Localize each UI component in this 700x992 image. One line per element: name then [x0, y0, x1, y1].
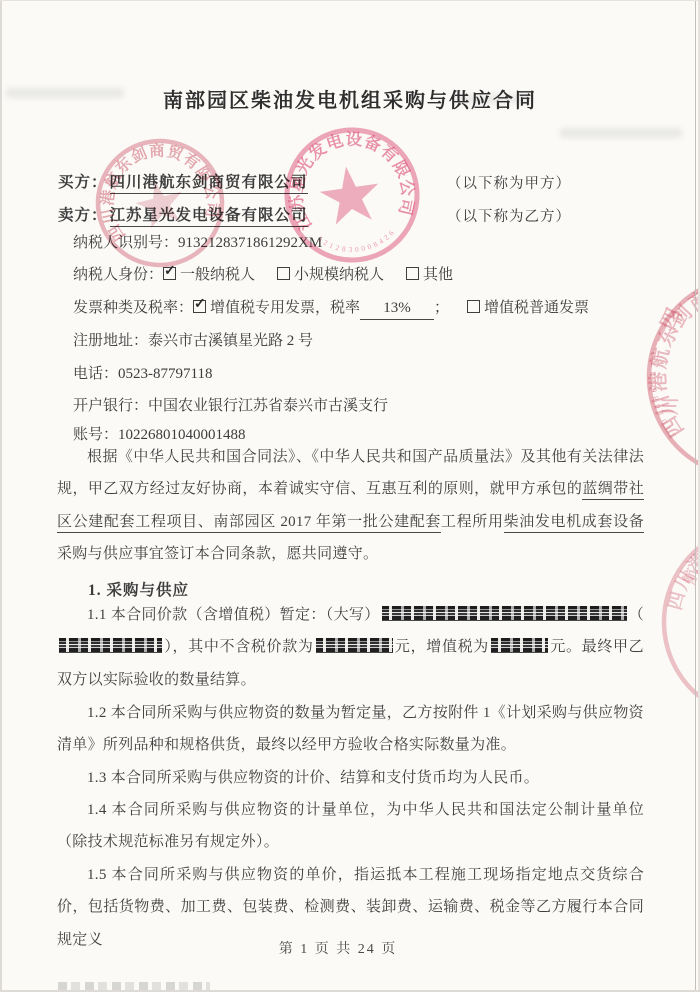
- seller-alias: （以下称为乙方）: [447, 205, 571, 226]
- scan-edge-top: [0, 0, 700, 1]
- text-segment: 柴油发电机成套设备: [504, 514, 644, 533]
- seller-company-seal: 江苏星光发电设备有限公司 3212830008426: [262, 105, 443, 286]
- text-segment: 工程所用: [441, 514, 504, 530]
- phone-value: 0523-87797118: [118, 366, 212, 382]
- taxpayer-options: 一般纳税人小规模纳税人其他: [163, 267, 475, 283]
- tax-rate-blank: 13%: [360, 300, 434, 320]
- seal-code-text: 3212830008426: [315, 224, 400, 260]
- invoice-special-label: 增值税专用发票，税率: [210, 300, 360, 316]
- taxpayer-option: 一般纳税人: [163, 267, 255, 283]
- seal-company-text: 四川港航东剑商贸有限公司: [654, 485, 700, 705]
- text-segment: 1.1 本合同价款（含增值税）暂定：（大写）: [87, 607, 380, 623]
- option-label: 小规模纳税人: [294, 267, 384, 283]
- clause-1-1: 1.1 本合同价款（含增值税）暂定：（大写）（），其中不含税价款为元，增值税为元…: [57, 599, 644, 696]
- taxpayer-status-row: 纳税人身份：一般纳税人小规模纳税人其他: [73, 263, 475, 284]
- redacted-amount: [382, 606, 627, 621]
- seller-label: 卖方：: [58, 207, 108, 224]
- address-value: 泰兴市古溪镇星光路 2 号: [148, 333, 313, 349]
- seal-inner-char: 四: [656, 304, 687, 333]
- seal-inner-char: 川: [661, 397, 681, 415]
- contract-page: 南部园区柴油发电机组采购与供应合同 买方：四川港航东剑商贸有限公司 （以下称为甲…: [0, 0, 700, 992]
- invoice-label: 发票种类及税率：: [73, 300, 193, 316]
- address-row: 注册地址：泰兴市古溪镇星光路 2 号: [73, 329, 313, 350]
- text-segment: ），其中不含税价款为: [164, 639, 314, 655]
- seal-code-text: 31010805873: [643, 349, 679, 442]
- buyer-alias: （以下称为甲方）: [447, 172, 571, 193]
- invoice-type-row: 发票种类及税率：增值税专用发票，税率13%；增值税普通发票: [73, 296, 589, 320]
- redacted-amount: [316, 638, 393, 653]
- checkbox-unchecked: [277, 267, 290, 280]
- text-segment: 采购与供应事宜签订本合同条款，愿共同遵守。: [57, 546, 378, 562]
- text-segment: 根据《中华人民共和国合同法》、《中华人民共和国产品质量法》及其他有关法律法规，甲…: [57, 449, 644, 497]
- buyer-name: 四川港航东剑商贸有限公司: [110, 174, 308, 194]
- taxpayer-status-label: 纳税人身份：: [73, 267, 163, 283]
- checkbox-vat-normal-unchecked: [467, 300, 480, 313]
- text-segment: （: [629, 607, 644, 623]
- buyer-label: 买方：: [58, 174, 108, 191]
- bleed-mark: [560, 128, 682, 138]
- tax-id-label: 纳税人识别号：: [73, 235, 178, 251]
- address-label: 注册地址：: [73, 333, 148, 349]
- bleed-mark: [58, 982, 210, 990]
- clause-1-4: 1.4 本合同所采购与供应物资的计量单位，为中华人民共和国法定公制计量单位（除技…: [57, 794, 644, 859]
- contract-title: 南部园区柴油发电机组采购与供应合同: [0, 84, 700, 113]
- invoice-normal-label: 增值税普通发票: [484, 300, 589, 316]
- text-segment: 元，增值税为: [395, 639, 489, 655]
- clause-1-3: 1.3 本合同所采购与供应物资的计价、结算和支付货币均为人民币。: [57, 762, 644, 794]
- seller-row: 卖方：江苏星光发电设备有限公司: [58, 203, 308, 225]
- option-label: 一般纳税人: [180, 267, 255, 283]
- tax-id-row: 纳税人识别号：9132128371861292XM: [73, 231, 322, 252]
- page-number: 第 1 页 共 24 页: [0, 938, 676, 958]
- seal-star-icon: [317, 162, 383, 226]
- redacted-amount: [491, 638, 548, 653]
- tax-id-value: 9132128371861292XM: [178, 235, 322, 251]
- redacted-amount: [59, 638, 162, 653]
- option-label: 其他: [423, 267, 453, 283]
- bank-value: 中国农业银行江苏省泰兴市古溪支行: [148, 398, 388, 414]
- clause-1-2: 1.2 本合同所采购与供应物资的数量为暂定量，乙方按附件 1《计划采购与供应物资…: [57, 697, 644, 762]
- bank-label: 开户银行：: [73, 398, 148, 414]
- seller-name: 江苏星光发电设备有限公司: [110, 207, 308, 227]
- buyer-row: 买方：四川港航东剑商贸有限公司: [58, 170, 308, 192]
- checkbox-unchecked: [406, 267, 419, 280]
- section-1-heading: 1. 采购与供应: [88, 578, 189, 600]
- scan-edge-left: [0, 0, 2, 992]
- phone-label: 电话：: [73, 366, 118, 382]
- scan-edge-right-line: [695, 0, 696, 992]
- taxpayer-option: 其他: [406, 267, 453, 283]
- invoice-separator: ；: [434, 300, 449, 316]
- preamble-paragraph: 根据《中华人民共和国合同法》、《中华人民共和国产品质量法》及其他有关法律法规，甲…: [57, 441, 644, 571]
- taxpayer-option: 小规模纳税人: [277, 267, 384, 283]
- bank-row: 开户银行：中国农业银行江苏省泰兴市古溪支行: [73, 394, 388, 415]
- seal-inner-char: 航: [679, 565, 700, 586]
- seal-company-text: 四川港航东剑商贸有限公司: [629, 260, 700, 444]
- checkbox-vat-special-checked: [193, 300, 206, 313]
- phone-row: 电话：0523-87797118: [73, 362, 212, 383]
- checkbox-checked: [163, 267, 176, 280]
